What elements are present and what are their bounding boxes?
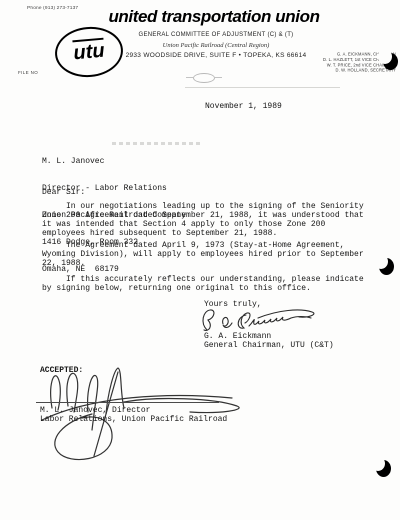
paragraph-2: The Agreement dated April 9, 1973 (Stay-… — [42, 241, 373, 268]
faded-scan-marks — [112, 142, 200, 145]
railroad-region: Union Pacific Railroad (Central Region) — [113, 42, 319, 49]
utu-logo-text: utu — [73, 41, 106, 64]
officer-secretary: D. W. HOLLAND, SECRETARY — [287, 69, 396, 75]
acceptor-typed-title: Labor Relations, Union Pacific Railroad — [40, 415, 227, 424]
scan-artifact-crescent-icon — [376, 460, 391, 477]
file-no-label: FILE NO — [18, 71, 38, 76]
scan-artifact-crescent-icon — [379, 258, 394, 275]
phone-number: Phone (913) 273-7137 — [27, 6, 78, 11]
signer-typed-name: G. A. Eickmann — [204, 332, 271, 341]
letter-date: November 1, 1989 — [205, 102, 282, 111]
recipient-name: M. L. Janovec — [42, 157, 186, 166]
committee-name: GENERAL COMMITTEE OF ADJUSTMENT (C) & (T… — [113, 32, 319, 38]
letter-page: Phone (913) 273-7137 united transportati… — [0, 0, 400, 520]
decorative-ornament-icon — [193, 73, 215, 83]
utu-wordmark: united transportation union — [96, 7, 332, 27]
signature-line — [36, 402, 219, 403]
scan-artifact-crescent-icon — [383, 53, 398, 70]
salutation: Dear Sir: — [42, 188, 85, 197]
acceptor-typed-name: M. L. Janovec, Director — [40, 406, 150, 415]
signer-typed-title: General Chairman, UTU (C&T) — [204, 341, 334, 350]
paragraph-3: If this accurately reflects our understa… — [42, 275, 373, 293]
header-rule — [185, 87, 340, 88]
paragraph-1: In our negotiations leading up to the si… — [42, 202, 373, 238]
